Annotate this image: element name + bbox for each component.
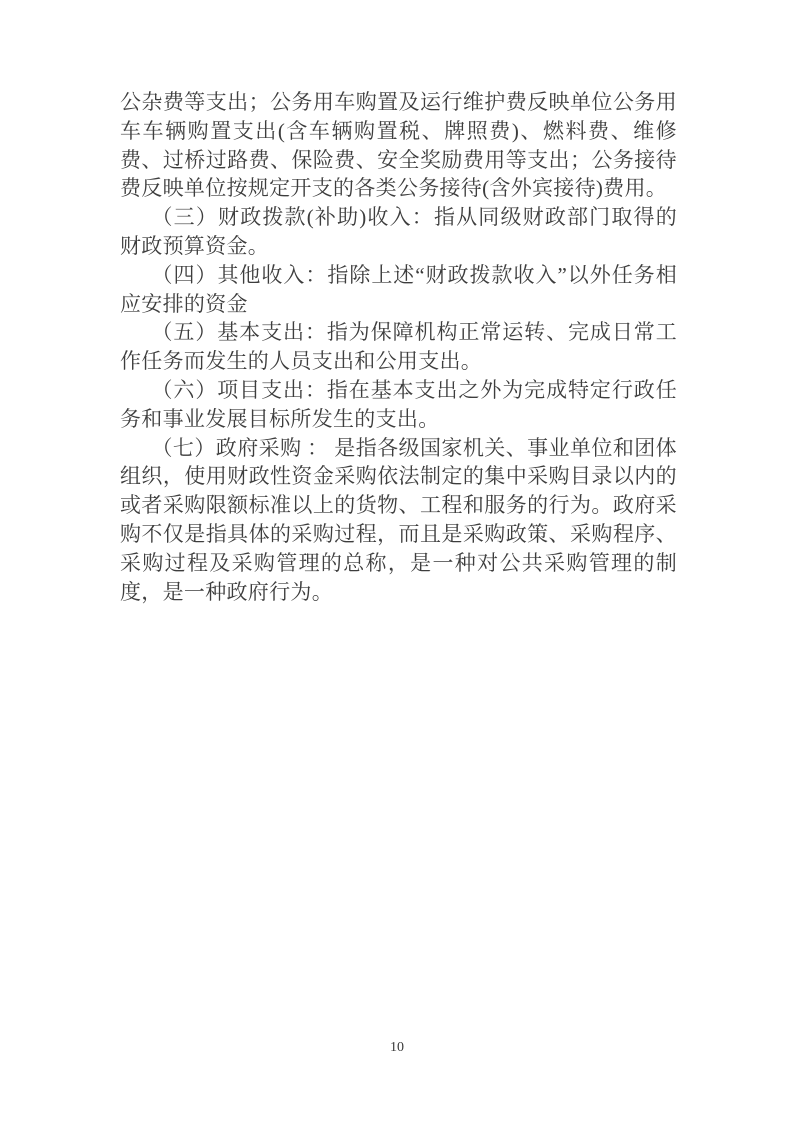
paragraph-item-4-other-income: （四）其他收入：指除上述“财政拨款收入”以外任务相应安排的资金 (120, 261, 677, 319)
paragraph-continuation: 公杂费等支出；公务用车购置及运行维护费反映单位公务用车车辆购置支出(含车辆购置税… (120, 88, 677, 203)
paragraph-item-7-government-procurement: （七）政府采购 ： 是指各级国家机关、事业单位和团体组织，使用财政性资金采购依法… (120, 434, 677, 607)
document-page: 公杂费等支出；公务用车购置及运行维护费反映单位公务用车车辆购置支出(含车辆购置税… (0, 0, 794, 1123)
paragraph-item-5-basic-expenditure: （五）基本支出：指为保障机构正常运转、完成日常工作任务而发生的人员支出和公用支出… (120, 318, 677, 376)
document-body: 公杂费等支出；公务用车购置及运行维护费反映单位公务用车车辆购置支出(含车辆购置税… (120, 88, 677, 606)
page-number: 10 (0, 1040, 794, 1056)
paragraph-item-3-fiscal-appropriation-income: （三）财政拨款(补助)收入：指从同级财政部门取得的财政预算资金。 (120, 203, 677, 261)
paragraph-item-6-project-expenditure: （六）项目支出：指在基本支出之外为完成特定行政任务和事业发展目标所发生的支出。 (120, 376, 677, 434)
